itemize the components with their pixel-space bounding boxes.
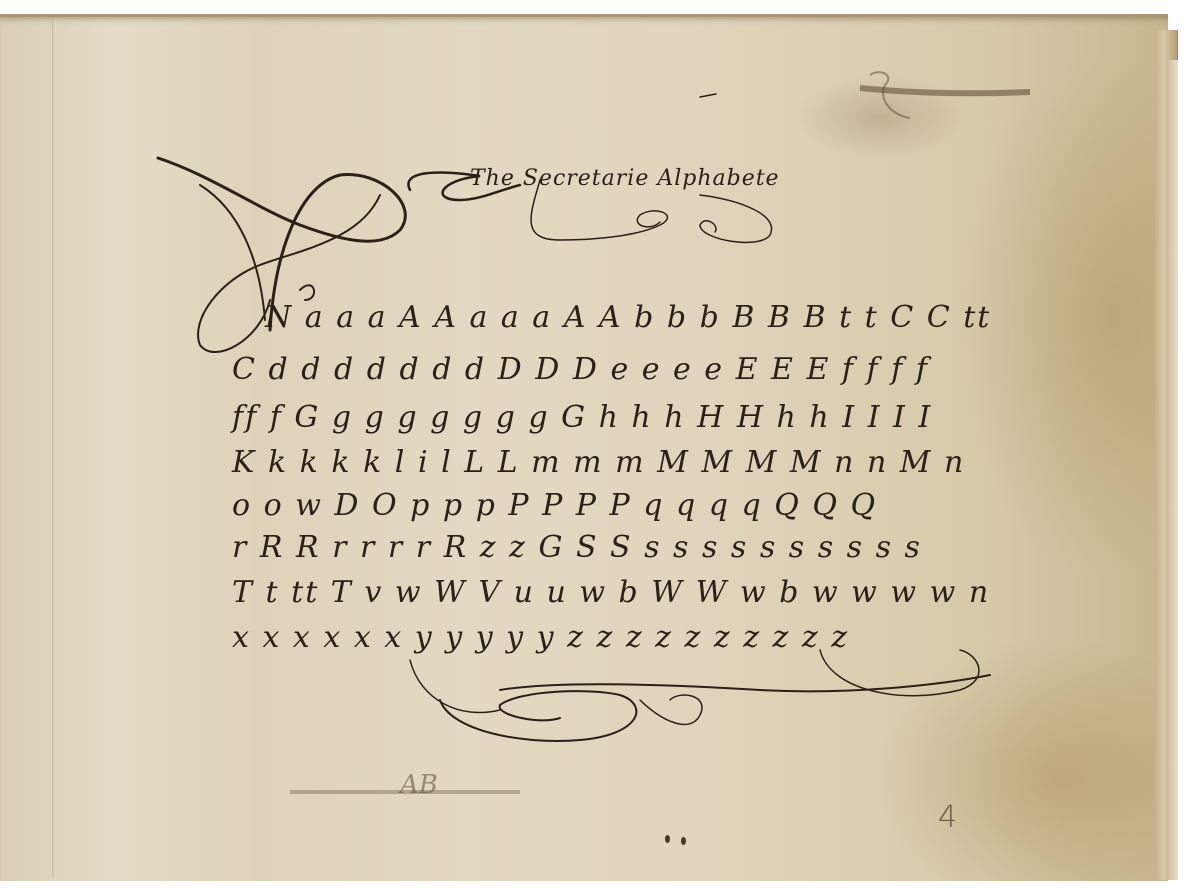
alphabet-row-4: K k k k k l i l L L m m m M M M M n n M … xyxy=(232,445,965,480)
alphabet-title: The Secretarie Alphabete xyxy=(470,166,780,191)
page-number: 4 xyxy=(938,800,957,835)
alphabet-row-5: o o w D O p p p P P P P q q q q Q Q Q xyxy=(232,488,877,523)
ink-spot xyxy=(665,835,670,843)
alphabet-row-2: C d d d d d d d D D D e e e e E E E f f … xyxy=(232,352,929,387)
alphabet-row-8: x x x x x x y y y y y z z z z z z z z z … xyxy=(232,620,849,655)
calligraphic-flourishes xyxy=(0,0,1200,888)
bottom-pen-trial xyxy=(290,790,520,794)
bottom-annotation: AB xyxy=(400,770,438,800)
alphabet-row-1: N a a a A A a a a A A b b b B B B t t C … xyxy=(265,300,991,335)
alphabet-row-3: ff f G g g g g g g g G h h h H H h h I I… xyxy=(232,400,932,435)
ink-spot xyxy=(681,837,686,845)
alphabet-row-6: r R R r r r r R z z G S S s s s s s s s … xyxy=(232,530,922,565)
alphabet-row-7: T t tt T v w W V u u w b W W w b w w w w… xyxy=(232,575,990,610)
